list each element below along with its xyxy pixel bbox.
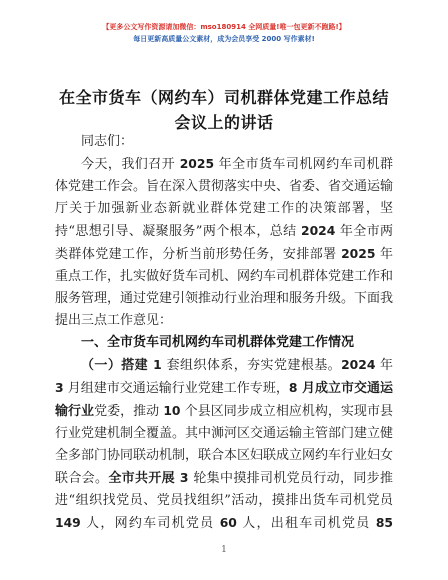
paragraph: 今天，我们召开 2025 年全市货车司机网约车司机群体党建工作会。旨在深入贯彻落… (55, 153, 393, 332)
document-title: 在全市货车（网约车）司机群体党建工作总结 会议上的讲话 (30, 85, 418, 135)
section-heading: 一、全市货车司机网约车司机群体党建工作情况 (55, 332, 393, 354)
document-body: 同志们：今天，我们召开 2025 年全市货车司机网约车司机群体党建工作会。旨在深… (55, 131, 393, 533)
paragraph: （一）搭建 1 套组织体系，夯实党建根基。2024 年 3 月组建市交通运输行业… (55, 354, 393, 533)
watermark-line2: 每日更新高质量公文素材，成为会员享受 2000 写作素材! (0, 33, 448, 45)
watermark: 【更多公文写作资源请加微信：mso180914 全网质量!唯一包更新不跑路!】 … (0, 21, 448, 45)
document-page: 【更多公文写作资源请加微信：mso180914 全网质量!唯一包更新不跑路!】 … (0, 0, 448, 580)
watermark-line1: 【更多公文写作资源请加微信：mso180914 全网质量!唯一包更新不跑路!】 (0, 21, 448, 33)
page-number: 1 (0, 545, 448, 555)
paragraph: 同志们： (55, 131, 393, 153)
title-line-1: 在全市货车（网约车）司机群体党建工作总结 (30, 85, 418, 110)
